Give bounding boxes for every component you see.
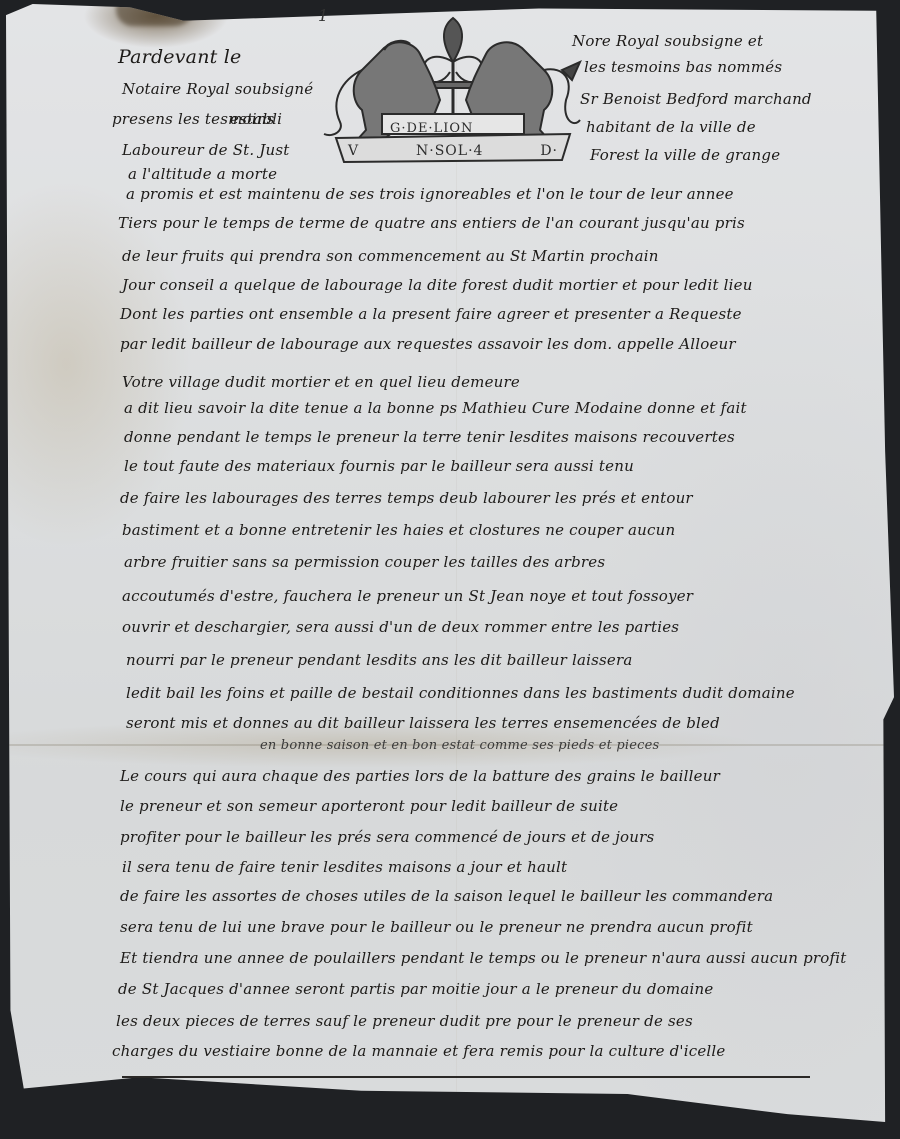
water-stain (116, 4, 196, 26)
body-line: accoutumés d'estre, fauchera le preneur … (122, 587, 693, 605)
stamp-price-center: N·SOL·4 (416, 143, 483, 159)
stamp-price-right: D· (540, 143, 558, 159)
closing-rule (122, 1076, 810, 1078)
header-left-line: a l'altitude a morte (128, 165, 277, 183)
stamp-price-text: V N·SOL·4 D· (348, 143, 558, 159)
stamp-price-left: V (348, 143, 359, 159)
body-line: il sera tenu de faire tenir lesdites mai… (122, 858, 567, 876)
body-line: charges du vestiaire bonne de la mannaie… (112, 1042, 726, 1060)
body-line: Jour conseil a quelque de labourage la d… (122, 276, 753, 294)
body-line: Dont les parties ont ensemble a la prese… (120, 305, 742, 323)
body-line: a promis et est maintenu de ses trois ig… (126, 185, 734, 203)
header-left-line: establi (230, 110, 282, 128)
body-line: en bonne saison et en bon estat comme se… (260, 738, 659, 753)
header-right-line: Forest la ville de grange (590, 146, 780, 164)
body-line: ledit bail les foins et paille de bestai… (126, 684, 795, 702)
body-line: ouvrir et deschargier, sera aussi d'un d… (122, 618, 679, 636)
header-right-line: habitant de la ville de (586, 118, 756, 136)
body-line: de leur fruits qui prendra son commencem… (122, 247, 659, 265)
header-right-line: Sr Benoist Bedford marchand (580, 90, 812, 108)
body-line: par ledit bailleur de labourage aux requ… (120, 335, 736, 353)
body-line: donne pendant le temps le preneur la ter… (124, 428, 735, 446)
body-line: le preneur et son semeur aporteront pour… (120, 797, 618, 815)
header-left-line: Notaire Royal soubsigné (122, 80, 313, 98)
header-left-line: Laboureur de St. Just (122, 141, 290, 159)
body-line: de faire les labourages des terres temps… (120, 489, 693, 507)
body-line: a dit lieu savoir la dite tenue a la bon… (124, 399, 747, 417)
tax-stamp: G·DE·LION V N·SOL·4 D· (322, 10, 584, 168)
body-line: nourri par le preneur pendant lesdits an… (126, 651, 633, 669)
body-line: sera tenu de lui une brave pour le baill… (120, 918, 753, 936)
body-line: Votre village dudit mortier et en quel l… (122, 373, 520, 391)
body-line: de faire les assortes de choses utiles d… (120, 887, 773, 905)
body-line: seront mis et donnes au dit bailleur lai… (126, 714, 720, 732)
body-line: arbre fruitier sans sa permission couper… (124, 553, 605, 571)
body-line: le tout faute des materiaux fournis par … (124, 457, 634, 475)
header-right-line: Nore Royal soubsigne et (572, 32, 763, 50)
body-line: profiter pour le bailleur les prés sera … (120, 828, 654, 846)
body-line: les deux pieces de terres sauf le preneu… (116, 1012, 693, 1030)
body-line: bastiment et a bonne entretenir les haie… (122, 521, 675, 539)
body-line: Le cours qui aura chaque des parties lor… (120, 767, 720, 785)
body-line: Et tiendra une annee de poulaillers pend… (120, 949, 847, 967)
stamp-generalite-text: G·DE·LION (390, 121, 473, 136)
body-line: de St Jacques d'annee seront partis par … (118, 980, 713, 998)
header-right-line: les tesmoins bas nommés (584, 58, 782, 76)
body-line: Tiers pour le temps de terme de quatre a… (118, 214, 745, 232)
header-left-line: Pardevant le (118, 46, 241, 68)
